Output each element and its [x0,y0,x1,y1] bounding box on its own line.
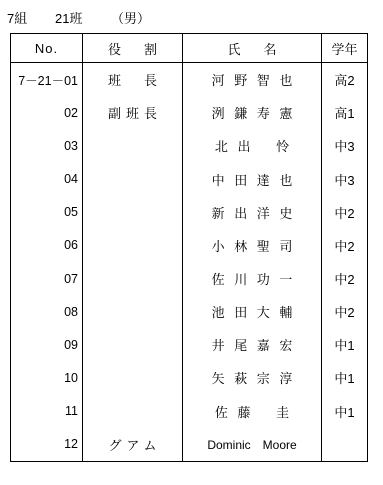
row-name-cell: 佐 川 功 一 [183,262,322,295]
row-no-cell: 09 [11,328,83,361]
row-role-cell [83,162,183,195]
header-name-cell: 氏 名 [183,34,322,63]
row-role-cell [83,361,183,394]
row-grade-cell: 高2 [322,63,367,96]
row-no-cell: 02 [11,96,83,129]
row-role-cell: グアム [83,428,183,461]
gender-label: （男） [111,8,150,27]
class-label: 7組 [7,8,27,27]
row-no-cell: 04 [11,162,83,195]
row-name-cell: 中 田 達 也 [183,162,322,195]
row-role-cell [83,129,183,162]
row-grade-cell: 中2 [322,262,367,295]
row-name-cell: 池 田 大 輔 [183,295,322,328]
header-no-cell: No. [11,34,83,63]
row-name-cell: 新 出 洋 史 [183,196,322,229]
group-label: 21班 [55,8,82,27]
row-role-cell: 副班長 [83,96,183,129]
row-role-cell [83,262,183,295]
roster-table: No. 役 割 氏 名 学年 7－21－01 班 長 河 野 智 也 高2 02… [10,33,368,462]
header-role-cell: 役 割 [83,34,183,63]
row-no-cell: 7－21－01 [11,63,83,96]
row-name-cell: 洌 鎌 寿 憲 [183,96,322,129]
row-name-cell: 北 出 怜 [183,129,322,162]
row-name-cell: 小 林 聖 司 [183,229,322,262]
roster-document: { "page": { "background": "#ffffff", "te… [0,0,383,485]
row-role-cell: 班 長 [83,63,183,96]
row-grade-cell: 中2 [322,196,367,229]
header-grade-cell: 学年 [322,34,367,63]
row-no-cell: 11 [11,395,83,428]
row-role-cell [83,196,183,229]
row-name-cell: 河 野 智 也 [183,63,322,96]
row-grade-cell: 中3 [322,129,367,162]
row-no-cell: 07 [11,262,83,295]
row-grade-cell: 高1 [322,96,367,129]
row-grade-cell: 中2 [322,229,367,262]
row-grade-cell: 中3 [322,162,367,195]
row-name-cell: Dominic Moore [183,428,322,461]
row-no-cell: 03 [11,129,83,162]
row-role-cell [83,395,183,428]
row-no-cell: 08 [11,295,83,328]
row-role-cell [83,229,183,262]
row-no-cell: 12 [11,428,83,461]
row-no-cell: 10 [11,361,83,394]
row-no-cell: 06 [11,229,83,262]
row-name-cell: 佐 藤 圭 [183,395,322,428]
row-grade-cell [322,428,367,461]
row-role-cell [83,295,183,328]
row-grade-cell: 中1 [322,328,367,361]
row-grade-cell: 中2 [322,295,367,328]
row-grade-cell: 中1 [322,395,367,428]
row-grade-cell: 中1 [322,361,367,394]
row-name-cell: 井 尾 嘉 宏 [183,328,322,361]
row-name-cell: 矢 萩 宗 淳 [183,361,322,394]
row-role-cell [83,328,183,361]
row-no-cell: 05 [11,196,83,229]
